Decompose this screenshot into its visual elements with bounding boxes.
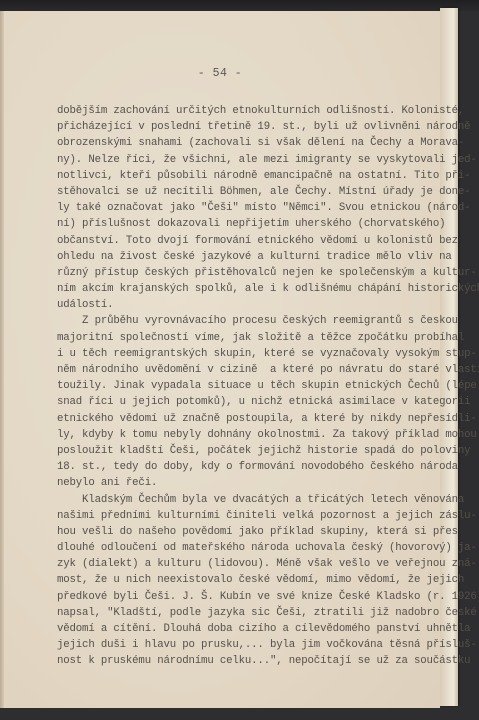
text-line: zyk (dialekt) a kulturu (lidovou). Méně …: [57, 556, 432, 572]
text-line: vědomí a cítění. Dlouhá doba cizího a cí…: [57, 621, 432, 637]
text-line: posloužit kladští Češi, počátek jejichž …: [57, 443, 432, 459]
text-line: hou vešli do našeho povědomí jako příkla…: [57, 524, 432, 540]
text-line: ly, kdyby k tomu nebyly dohnány okolnost…: [57, 427, 432, 443]
text-line: Z průběhu vyrovnávacího procesu českých …: [57, 313, 432, 329]
text-line: jejich duši i hlavu po prusku,... byla j…: [57, 637, 432, 653]
text-line: most, že u nich neexistovalo české vědom…: [57, 572, 432, 588]
text-line: Kladským Čechům byla ve dvacátých a třic…: [57, 492, 432, 508]
text-line: toužily. Jinak vypadala situace u těch s…: [57, 378, 432, 394]
text-line: etnického vědomí už značně postoupila, a…: [57, 411, 432, 427]
text-line: ohledu na živost české jazykové a kultur…: [57, 249, 432, 265]
page-binding-edge: [0, 11, 4, 708]
text-line: snad říci u jejich potomků), u nichž etn…: [57, 394, 432, 410]
text-line: ly také označovat jako "Češi" místo "Něm…: [57, 200, 432, 216]
text-line: nebylo ani řeči.: [57, 475, 432, 491]
text-line: dobějším zachování určitých etnokulturní…: [57, 103, 432, 119]
text-line: občanství. Toto dvojí formování etnickéh…: [57, 233, 432, 249]
text-line: něm národního uvědomění v cizině a které…: [57, 362, 432, 378]
text-line: přicházející v poslední třetině 19. st.,…: [57, 119, 432, 135]
text-line: ny). Nelze říci, že všichni, ale mezi im…: [57, 152, 432, 168]
text-line: našimi předními kulturními činiteli velk…: [57, 508, 432, 524]
text-line: obrozenskými snahami (zachovali si však …: [57, 135, 432, 151]
text-line: různý přístup českých přistěhovalců neje…: [57, 265, 432, 281]
text-line: událostí.: [57, 297, 432, 313]
text-line: napsal, "Kladští, podle jazyka sic Češi,…: [57, 605, 432, 621]
text-line: nost k pruskému národnímu celku...", nep…: [57, 653, 432, 669]
page-number: - 54 -: [0, 67, 440, 80]
text-line: předkové byli Češi. J. Š. Kubín ve své k…: [57, 589, 432, 605]
text-line: dlouhé odloučení od mateřského národa uc…: [57, 540, 432, 556]
text-line: 18. st., tedy do doby, kdy o formování n…: [57, 459, 432, 475]
body-text: dobějším zachování určitých etnokulturní…: [57, 103, 432, 670]
scan-top-border: [0, 0, 479, 11]
text-line: ním akcím krajanských spolků, ale i k od…: [57, 281, 432, 297]
text-line: stěhovalci se už necítili Böhmen, ale Če…: [57, 184, 432, 200]
text-line: ní) příslušnost dokazovali nepřijetím uh…: [57, 216, 432, 232]
text-line: notlivci, kteří působili národně emancip…: [57, 168, 432, 184]
text-line: majoritní společností víme, jak složitě …: [57, 330, 432, 346]
text-line: i u těch reemigrantských skupin, které s…: [57, 346, 432, 362]
